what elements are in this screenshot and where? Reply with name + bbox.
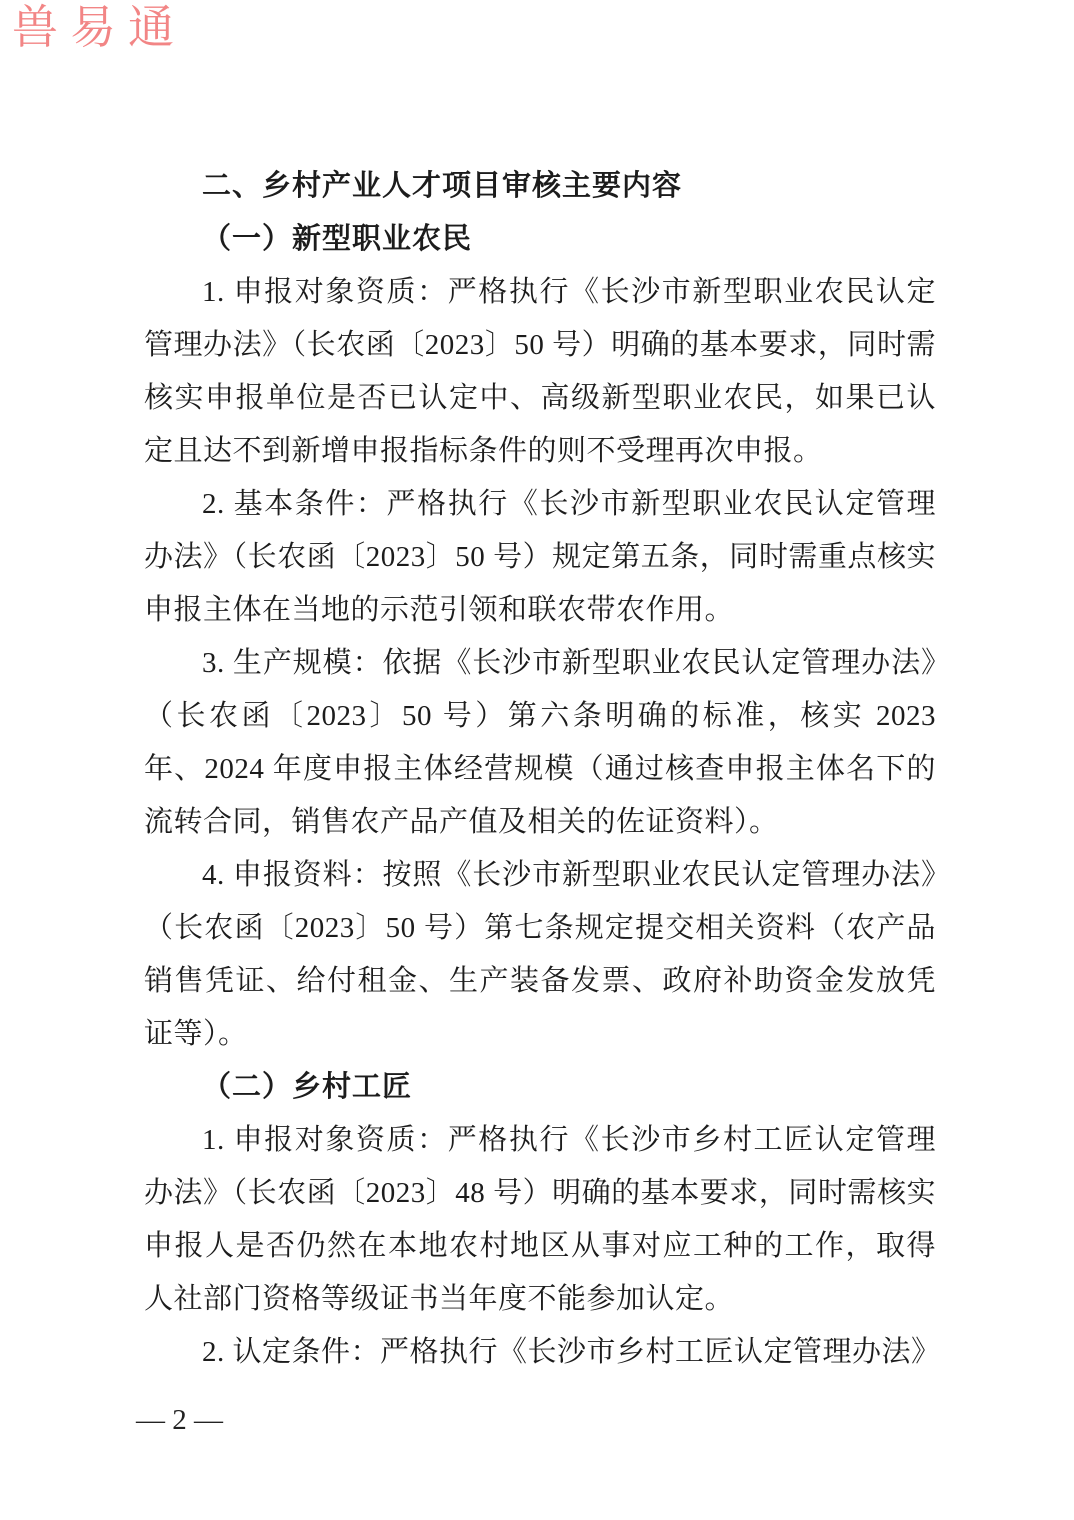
- paragraph-craftsmen-1: 1. 申报对象资质：严格执行《长沙市乡村工匠认定管理办法》（长农函〔2023〕4…: [144, 1114, 936, 1326]
- paragraph-craftsmen-2: 2. 认定条件：严格执行《长沙市乡村工匠认定管理办法》: [144, 1326, 936, 1379]
- paragraph-farmers-3: 3. 生产规模：依据《长沙市新型职业农民认定管理办法》（长农函〔2023〕50 …: [144, 637, 936, 849]
- paragraph-farmers-2: 2. 基本条件：严格执行《长沙市新型职业农民认定管理办法》（长农函〔2023〕5…: [144, 478, 936, 637]
- subsection-title-rural-craftsmen: （二）乡村工匠: [144, 1061, 936, 1114]
- page-number: — 2 —: [136, 1400, 223, 1440]
- document-page: 兽易通 二、乡村产业人才项目审核主要内容 （一）新型职业农民 1. 申报对象资质…: [0, 0, 1074, 1520]
- subsection-title-new-farmers: （一）新型职业农民: [144, 213, 936, 266]
- watermark-logo: 兽易通: [12, 0, 186, 56]
- section-heading: 二、乡村产业人才项目审核主要内容: [144, 160, 936, 213]
- document-content: 二、乡村产业人才项目审核主要内容 （一）新型职业农民 1. 申报对象资质：严格执…: [144, 160, 936, 1379]
- paragraph-farmers-4: 4. 申报资料：按照《长沙市新型职业农民认定管理办法》（长农函〔2023〕50 …: [144, 849, 936, 1061]
- paragraph-farmers-1: 1. 申报对象资质：严格执行《长沙市新型职业农民认定管理办法》（长农函〔2023…: [144, 266, 936, 478]
